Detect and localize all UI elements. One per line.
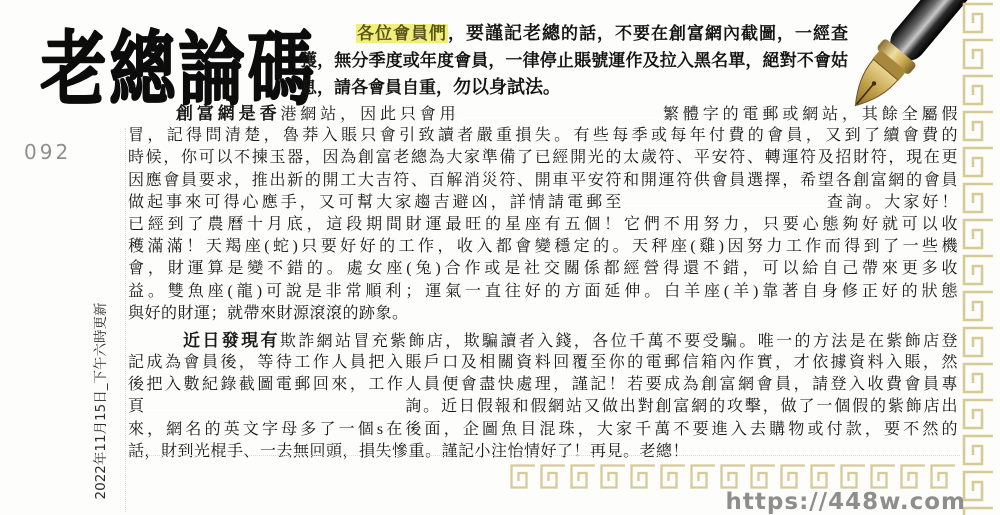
redacted-gap <box>624 205 824 207</box>
text-line: 因應會員要求，推出新的開工大吉符、百解消災符、開車平安符和開運符供會員選擇，希望… <box>128 170 958 192</box>
text-line: 與好的財運；就帶來財源滾滾的跡象。 <box>128 303 958 325</box>
text-segment: 時候，你可以不揀玉器，因為創富老總為大家準備了已經開光的太歲符、平安符、轉運符及… <box>128 149 958 166</box>
text-segment: 因應會員要求，推出新的開工大吉符、百解消災符、開車平安符和開運符供會員選擇，希望… <box>128 172 958 189</box>
page-container: 老總論碼 092 2022年11月15日_下午六時更新 各位會員們，要謹記老總的… <box>0 0 1000 515</box>
text-segment: 創富網是香 <box>176 104 280 123</box>
text-segment: 各位會員們 <box>356 24 448 43</box>
body-text: 創富網是香港網站，因此只會用繁體字的電郵或網站，其餘全屬假冒，記得問清楚，魯莽入… <box>128 103 958 463</box>
text-line: 冒，記得問清楚，魯莽入賬只會引致讀者嚴重損失。有些每季或每年付費的會員，又到了續… <box>128 125 958 147</box>
text-line: 頁詢。近日假報和假網站又做出對創富網的攻擊，做了一個假的紫飾店出 <box>128 396 958 418</box>
text-segment: 港網站，因此只會用 <box>280 106 459 123</box>
text-segment: 冒，記得問清楚，魯莽入賬只會引致讀者嚴重損失。有些每季或每年付費的會員，又到了續… <box>128 127 958 144</box>
text-segment: 會，財運算是變不錯的。處女座(兔)合作或是社交關係都經營得還不錯，可以給自己帶來… <box>128 260 958 277</box>
text-line: 後把入數紀錄截圖電郵回來，工作人員便會盡快處理，謹記！若要成為創富網會員，請登入… <box>128 374 958 396</box>
text-segment: 已經到了農曆十月底，這段期間財運最旺的星座有五個！它們不用努力，只要心態夠好就可… <box>128 216 958 233</box>
text-segment: 查詢。大家好！ <box>824 194 958 211</box>
text-segment: 近日發現有 <box>183 331 280 350</box>
text-segment: 記成為會員後，等待工作人員把入賬戶口及相關資料回覆至你的電郵信箱內作實，才依據資… <box>128 354 958 371</box>
meander-border-bottom-icon <box>508 462 960 490</box>
text-segment: 後把入數紀錄截圖電郵回來，工作人員便會盡快處理，謹記！若要成為創富網會員，請登入… <box>128 376 958 393</box>
text-segment: 欺詐網站冒充紫飾店，欺騙讀者入錢，各位千萬不要受騙。唯一的方法是在紫飾店登 <box>280 333 958 350</box>
text-segment: ， <box>448 24 466 43</box>
body-paragraph: 近日發現有欺詐網站冒充紫飾店，欺騙讀者入錢，各位千萬不要受騙。唯一的方法是在紫飾… <box>128 330 958 463</box>
text-segment: 穫滿滿！天羯座(蛇)只要好好的工作，收入都會變穩定的。天秤座(雞)因努力工作而得… <box>128 238 958 255</box>
bottom-dotted-guide <box>128 455 960 456</box>
text-segment: 。 <box>543 78 560 97</box>
update-date-note: 2022年11月15日_下午六時更新 <box>89 281 107 515</box>
text-line: 穫滿滿！天羯座(蛇)只要好好的工作，收入都會變穩定的。天秤座(雞)因努力工作而得… <box>128 236 958 258</box>
text-segment: 益。雙魚座(龍)可說是非常順利；運氣一直往好的方面延伸。白羊座(羊)靠著自身修正… <box>128 283 958 300</box>
page-number: 092 <box>24 140 71 164</box>
text-segment: 與好的財運；就帶來財源滾滾的跡象。 <box>128 305 409 322</box>
text-line: 做起事來可得心應手，又可幫大家趨吉避凶，詳情請電郵至查詢。大家好！ <box>128 192 958 214</box>
text-segment: 繁體字的電郵或網站，其餘全屬假 <box>660 106 958 123</box>
text-segment: 頁 <box>128 398 146 415</box>
text-line: 創富網是香港網站，因此只會用繁體字的電郵或網站，其餘全屬假 <box>128 103 958 125</box>
text-line: 話，財到光棍手、一去無回頭，損失慘重。謹記小注怡情好了！再見。老總！ <box>128 441 958 463</box>
text-line: 會，財運算是變不錯的。處女座(兔)合作或是社交關係都經營得還不錯，可以給自己帶來… <box>128 258 958 280</box>
text-segment: 詢。近日假報和假網站又做出對創富網的攻擊，做了一個假的紫飾店出 <box>404 398 958 415</box>
text-line: 時候，你可以不揀玉器，因為創富老總為大家準備了已經開光的太歲符、平安符、轉運符及… <box>128 147 958 169</box>
watermark-url: https://448w.com <box>726 489 966 515</box>
redacted-gap <box>460 117 660 119</box>
text-segment: 勿以身試法 <box>453 77 543 97</box>
text-line: 已經到了農曆十月底，這段期間財運最旺的星座有五個！它們不用努力，只要心態夠好就可… <box>128 214 958 236</box>
text-segment: 做起事來可得心應手，又可幫大家趨吉避凶，詳情請電郵至 <box>128 194 624 211</box>
member-warning-notice: 各位會員們，要謹記老總的話，不要在創富網內截圖，一經查獲，無分季度或年度會員，一… <box>300 20 848 101</box>
text-segment: 要謹記老總 <box>466 23 561 43</box>
text-segment: 話，財到光棍手、一去無回頭，損失慘重。謹記小注怡情好了！再見。老總！ <box>128 443 689 460</box>
text-line: 近日發現有欺詐網站冒充紫飾店，欺騙讀者入錢，各位千萬不要受騙。唯一的方法是在紫飾… <box>128 330 958 352</box>
text-line: 益。雙魚座(龍)可說是非常順利；運氣一直往好的方面延伸。白羊座(羊)靠著自身修正… <box>128 281 958 303</box>
text-line: 記成為會員後，等待工作人員把入賬戶口及相關資料回覆至你的電郵信箱內作實，才依據資… <box>128 352 958 374</box>
meander-border-right-icon <box>960 0 1000 515</box>
left-dotted-guide <box>125 128 126 512</box>
text-segment: 來，網名的英文字母多了一個s在後面，企圖魚目混珠，大家千萬不要進入去購物或付款，… <box>128 421 958 438</box>
redacted-gap <box>146 409 404 411</box>
text-line: 來，網名的英文字母多了一個s在後面，企圖魚目混珠，大家千萬不要進入去購物或付款，… <box>128 419 958 441</box>
body-paragraph: 創富網是香港網站，因此只會用繁體字的電郵或網站，其餘全屬假冒，記得問清楚，魯莽入… <box>128 103 958 325</box>
